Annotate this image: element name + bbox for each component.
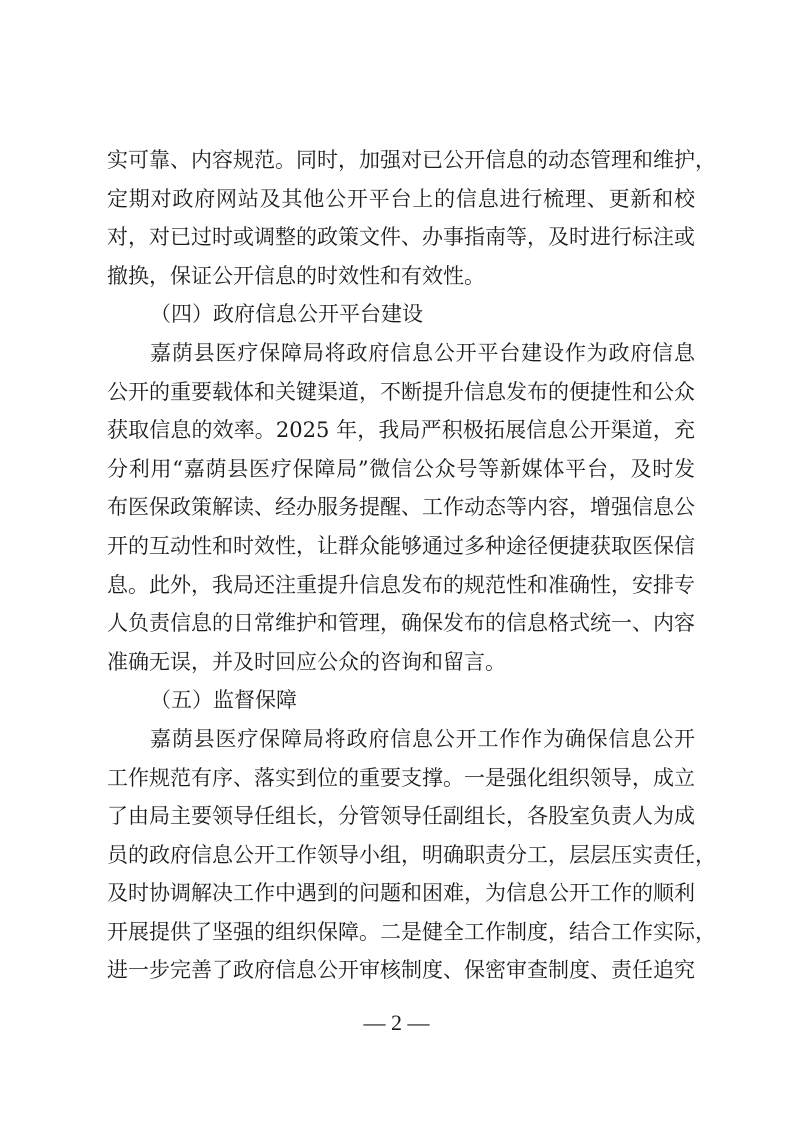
section-heading-5: （五）监督保障 [107, 681, 695, 720]
paragraph-line: 员的政府信息公开工作领导小组，明确职责分工，层层压实责任， [107, 836, 695, 875]
paragraph-line: 进一步完善了政府信息公开审核制度、保密审查制度、责任追究 [107, 951, 695, 990]
paragraph-line: 息。此外，我局还注重提升信息发布的规范性和准确性，安排专 [107, 566, 695, 605]
paragraph-line: 公开的重要载体和关键渠道，不断提升信息发布的便捷性和公众 [107, 373, 695, 412]
paragraph-line: 准确无误，并及时回应公众的咨询和留言。 [107, 643, 695, 682]
page-number: — 2 — [0, 1010, 793, 1036]
paragraph-line: 撤换，保证公开信息的时效性和有效性。 [107, 257, 695, 296]
paragraph-line: 及时协调解决工作中遇到的问题和困难，为信息公开工作的顺利 [107, 874, 695, 913]
document-page-body: 实可靠、内容规范。同时，加强对已公开信息的动态管理和维护， 定期对政府网站及其他… [107, 141, 695, 990]
paragraph-line: 获取信息的效率。2025 年，我局严积极拓展信息公开渠道，充 [107, 411, 695, 450]
paragraph-line: 布医保政策解读、经办服务提醒、工作动态等内容，增强信息公 [107, 488, 695, 527]
paragraph-line: 定期对政府网站及其他公开平台上的信息进行梳理、更新和校 [107, 180, 695, 219]
paragraph-line: 对，对已过时或调整的政策文件、办事指南等，及时进行标注或 [107, 218, 695, 257]
paragraph-line: 人负责信息的日常维护和管理，确保发布的信息格式统一、内容 [107, 604, 695, 643]
paragraph-line: 分利用“嘉荫县医疗保障局”微信公众号等新媒体平台，及时发 [107, 450, 695, 489]
paragraph-line: 嘉荫县医疗保障局将政府信息公开工作作为确保信息公开 [107, 720, 695, 759]
paragraph-line: 嘉荫县医疗保障局将政府信息公开平台建设作为政府信息 [107, 334, 695, 373]
paragraph-line: 开展提供了坚强的组织保障。二是健全工作制度，结合工作实际， [107, 913, 695, 952]
section-heading-4: （四）政府信息公开平台建设 [107, 295, 695, 334]
paragraph-line: 开的互动性和时效性，让群众能够通过多种途径便捷获取医保信 [107, 527, 695, 566]
paragraph-line: 实可靠、内容规范。同时，加强对已公开信息的动态管理和维护， [107, 141, 695, 180]
paragraph-line: 了由局主要领导任组长，分管领导任副组长，各股室负责人为成 [107, 797, 695, 836]
paragraph-line: 工作规范有序、落实到位的重要支撑。一是强化组织领导，成立 [107, 759, 695, 798]
